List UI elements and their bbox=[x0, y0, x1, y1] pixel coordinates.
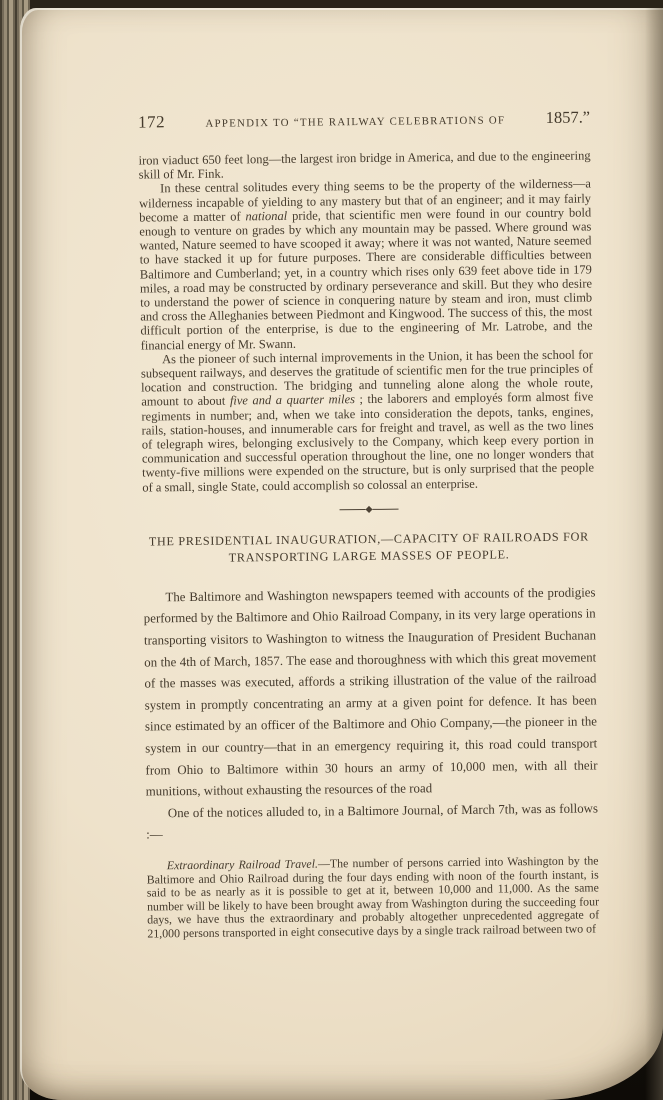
paragraph-central-solitudes: In these central solitudes every thing s… bbox=[139, 177, 593, 353]
page-number: 172 bbox=[138, 112, 165, 132]
paragraph-text: pride, that scientific men were found in… bbox=[139, 205, 592, 352]
paragraph-extraordinary-travel: Extraordinary Railroad Travel.—The numbe… bbox=[146, 854, 599, 940]
divider-rule-right bbox=[372, 508, 398, 510]
italic-five-quarter-miles: five and a quarter miles bbox=[230, 393, 355, 408]
section-inauguration: The Baltimore and Washington newspapers … bbox=[143, 582, 598, 846]
text-block: 172 APPENDIX TO “THE RAILWAY CELEBRATION… bbox=[138, 107, 599, 940]
paragraph-newspapers: The Baltimore and Washington newspapers … bbox=[143, 582, 597, 803]
page-curl-shadow bbox=[645, 8, 663, 1100]
section-railway-appendix: iron viaduct 650 feet long—the largest i… bbox=[138, 148, 594, 494]
divider-diamond-icon bbox=[365, 506, 372, 513]
italic-national: national bbox=[245, 209, 287, 223]
header-title: APPENDIX TO “THE RAILWAY CELEBRATIONS OF bbox=[205, 114, 505, 129]
running-header: 172 APPENDIX TO “THE RAILWAY CELEBRATION… bbox=[138, 107, 590, 132]
paragraph-text: One of the notices alluded to, in a Balt… bbox=[146, 801, 598, 842]
paper-page: 172 APPENDIX TO “THE RAILWAY CELEBRATION… bbox=[20, 8, 663, 1100]
header-year: 1857.” bbox=[546, 107, 591, 128]
divider-rule-left bbox=[339, 509, 365, 511]
paragraph-notices: One of the notices alluded to, in a Balt… bbox=[146, 798, 598, 846]
paragraph-pioneer: As the pioneer of such internal improvem… bbox=[141, 347, 595, 494]
paragraph-text: The Baltimore and Washington newspapers … bbox=[144, 585, 598, 798]
scanned-book-page: 172 APPENDIX TO “THE RAILWAY CELEBRATION… bbox=[0, 0, 663, 1100]
section-heading: THE PRESIDENTIAL INAUGURATION,—CAPACITY … bbox=[143, 528, 595, 568]
section-divider bbox=[143, 504, 595, 514]
